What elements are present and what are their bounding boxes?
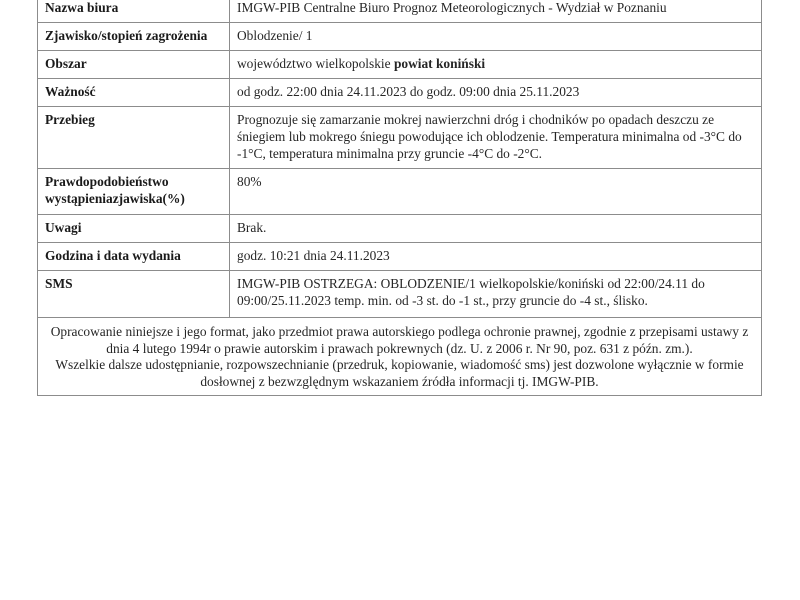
table-row-sms: SMS IMGW-PIB OSTRZEGA: OBLODZENIE/1 wiel…	[38, 271, 762, 318]
label-course: Przebieg	[38, 107, 230, 169]
copyright-line-1: Opracowanie niniejsze i jego format, jak…	[44, 324, 755, 357]
value-sms: IMGW-PIB OSTRZEGA: OBLODZENIE/1 wielkopo…	[230, 271, 762, 318]
label-remarks: Uwagi	[38, 215, 230, 243]
table-row-phenomenon: Zjawisko/stopień zagrożenia Oblodzenie/ …	[38, 23, 762, 51]
label-probability: Prawdopodobieństwowystąpieniazjawiska(%)	[38, 169, 230, 215]
value-area: województwo wielkopolskie powiat konińsk…	[230, 51, 762, 79]
value-remarks: Brak.	[230, 215, 762, 243]
copyright-line-2: Wszelkie dalsze udostępnianie, rozpowsze…	[44, 357, 755, 390]
label-probability-line1: Prawdopodobieństwo	[45, 174, 169, 189]
table-row-remarks: Uwagi Brak.	[38, 215, 762, 243]
label-validity: Ważność	[38, 79, 230, 107]
label-office: Nazwa biura	[38, 0, 230, 23]
table-row-course: Przebieg Prognozuje się zamarzanie mokre…	[38, 107, 762, 169]
value-phenomenon: Oblodzenie/ 1	[230, 23, 762, 51]
table-row-area: Obszar województwo wielkopolskie powiat …	[38, 51, 762, 79]
label-area: Obszar	[38, 51, 230, 79]
value-office: IMGW-PIB Centralne Biuro Prognoz Meteoro…	[230, 0, 762, 23]
table-row-office: Nazwa biura IMGW-PIB Centralne Biuro Pro…	[38, 0, 762, 23]
label-issued: Godzina i data wydania	[38, 243, 230, 271]
table-row-probability: Prawdopodobieństwowystąpieniazjawiska(%)…	[38, 169, 762, 215]
value-validity: od godz. 22:00 dnia 24.11.2023 do godz. …	[230, 79, 762, 107]
label-sms: SMS	[38, 271, 230, 318]
warning-table: Nazwa biura IMGW-PIB Centralne Biuro Pro…	[37, 0, 762, 318]
value-course: Prognozuje się zamarzanie mokrej nawierz…	[230, 107, 762, 169]
label-probability-line2: wystąpieniazjawiska(%)	[45, 191, 185, 206]
value-issued: godz. 10:21 dnia 24.11.2023	[230, 243, 762, 271]
copyright-footer: Opracowanie niniejsze i jego format, jak…	[37, 318, 762, 396]
value-probability: 80%	[230, 169, 762, 215]
weather-warning-document: Nazwa biura IMGW-PIB Centralne Biuro Pro…	[37, 0, 762, 396]
area-region: województwo wielkopolskie	[237, 56, 394, 71]
label-phenomenon: Zjawisko/stopień zagrożenia	[38, 23, 230, 51]
table-row-validity: Ważność od godz. 22:00 dnia 24.11.2023 d…	[38, 79, 762, 107]
area-county: powiat koniński	[394, 56, 485, 71]
table-row-issued: Godzina i data wydania godz. 10:21 dnia …	[38, 243, 762, 271]
